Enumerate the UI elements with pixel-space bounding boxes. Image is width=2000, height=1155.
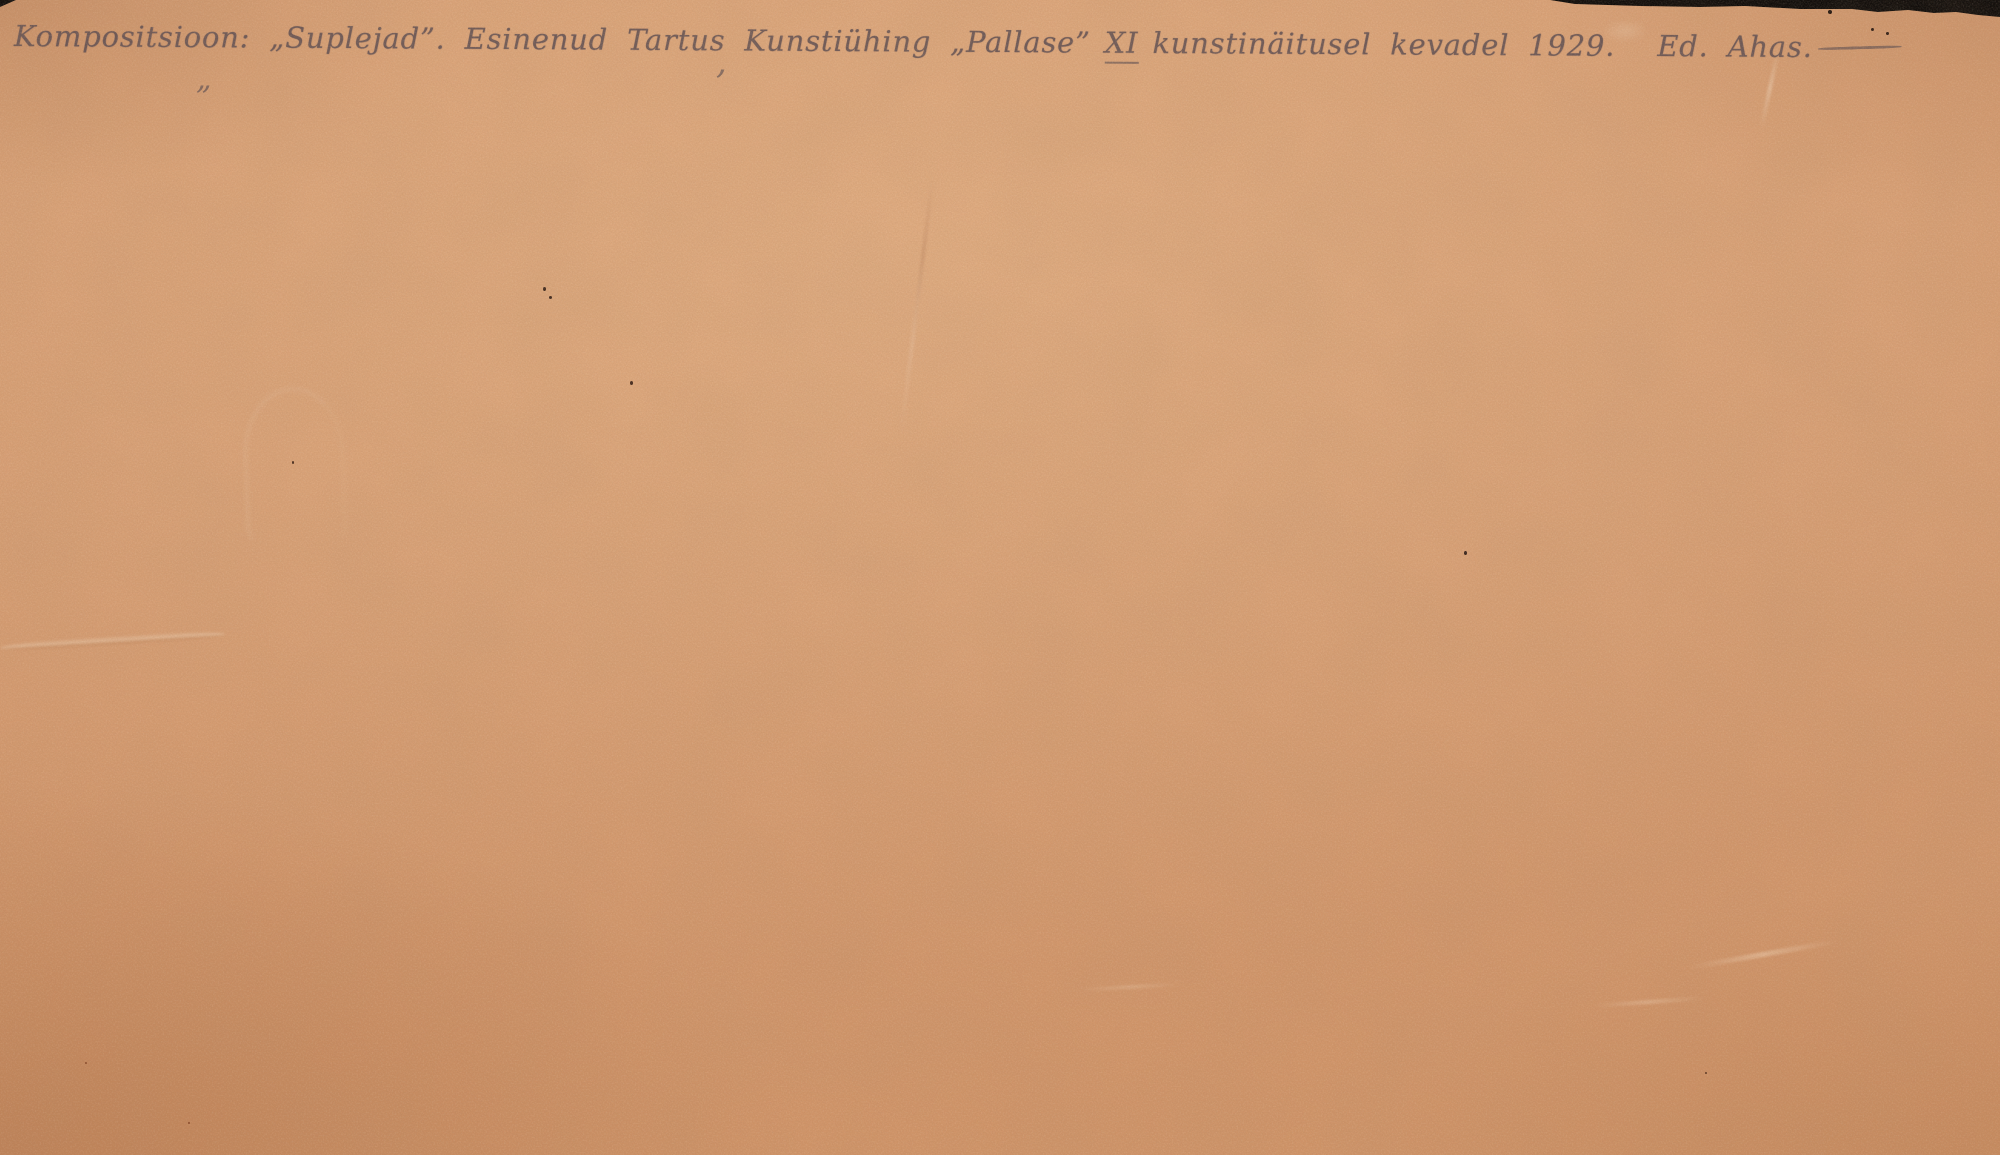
paper-speck (1705, 1072, 1707, 1074)
paper-speck (1828, 10, 1832, 14)
paper-speck (630, 381, 633, 385)
inscription-date-part: kunstinäitusel kevadel 1929. (1152, 26, 1615, 63)
photo-backdrop: Kompositsioon: „Suplejad”. Esinenud Tart… (0, 0, 2000, 1155)
paper-speck (1464, 551, 1467, 555)
paper-speck (543, 287, 546, 291)
artist-signature: Ed. Ahas. (1657, 29, 1813, 64)
stray-comma-mark: , (716, 42, 727, 82)
paper-speck (188, 1122, 190, 1124)
exhibition-numeral-underlined: XI (1105, 26, 1139, 64)
cardboard-verso (0, 0, 2000, 1155)
stray-low-quote-mark: „ (196, 62, 212, 97)
paper-speck (549, 296, 552, 299)
paper-speck (292, 461, 294, 464)
inscription-title-and-exhibition: Kompositsioon: „Suplejad”. Esinenud Tart… (14, 19, 1091, 60)
signature-underline-flourish (1818, 45, 1902, 50)
paper-speck (85, 1062, 87, 1064)
